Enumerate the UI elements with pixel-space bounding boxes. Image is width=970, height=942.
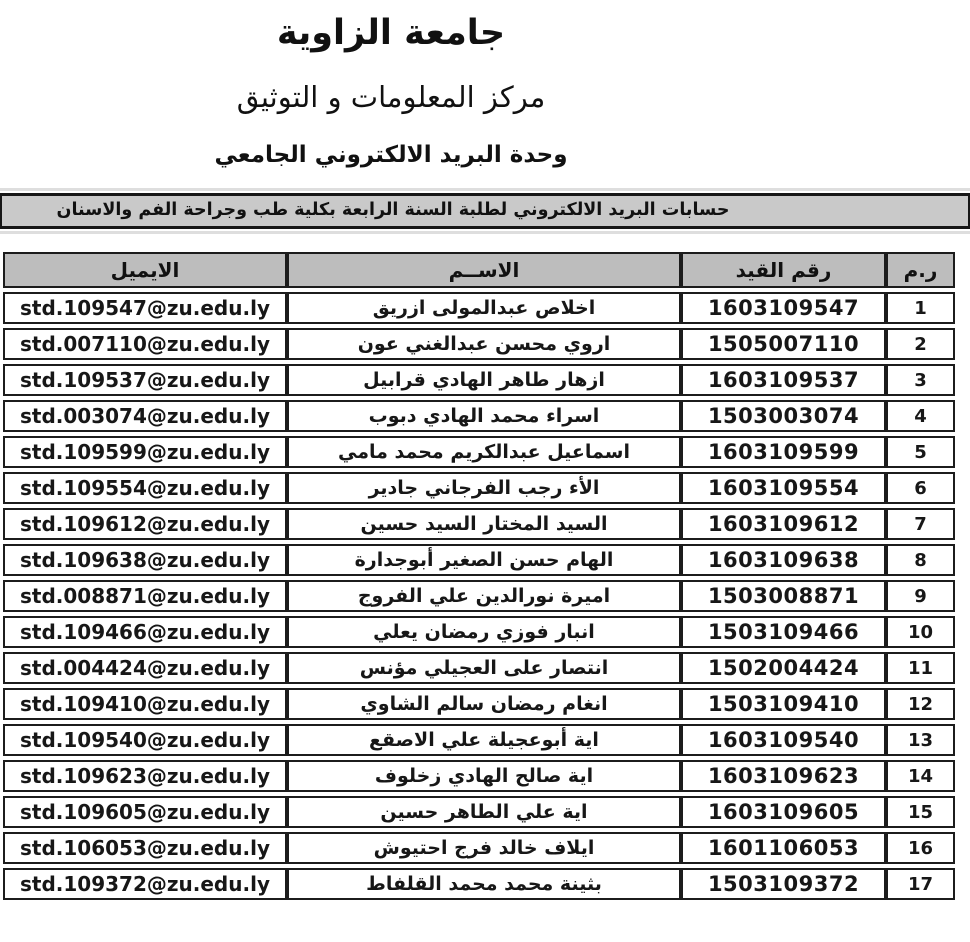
serial-number-cell: 9 [886, 580, 955, 612]
table-row: 4 1503003074 اسراء محمد الهادي دبوب std.… [3, 400, 955, 432]
table-row: 7 1603109612 السيد المختار السيد حسين st… [3, 508, 955, 540]
student-email-cell: std.003074@zu.edu.ly [3, 400, 287, 432]
table-row: 8 1603109638 الهام حسن الصغير أبوجدارة s… [3, 544, 955, 576]
registration-number-cell: 1603109612 [681, 508, 886, 540]
registration-number-cell: 1603109554 [681, 472, 886, 504]
document-page: جامعة الزاوية مركز المعلومات و التوثيق و… [0, 0, 970, 942]
serial-number-cell: 4 [886, 400, 955, 432]
registration-number-cell: 1503109372 [681, 868, 886, 900]
student-email-cell: std.106053@zu.edu.ly [3, 832, 287, 864]
serial-number-cell: 6 [886, 472, 955, 504]
unit-title: وحدة البريد الالكتروني الجامعي [0, 142, 782, 170]
section-banner-bar: حسابات البريد الالكتروني لطلبة السنة الر… [0, 193, 970, 229]
student-email-cell: std.109599@zu.edu.ly [3, 436, 287, 468]
serial-number-cell: 17 [886, 868, 955, 900]
student-email-cell: std.109605@zu.edu.ly [3, 796, 287, 828]
table-header-row: ر.م رقم القيد الاســم الايميل [3, 252, 955, 288]
table-row: 1 1603109547 اخلاص عبدالمولى ازريق std.1… [3, 292, 955, 324]
serial-number-cell: 10 [886, 616, 955, 648]
table-body: 1 1603109547 اخلاص عبدالمولى ازريق std.1… [3, 292, 955, 900]
serial-number-cell: 14 [886, 760, 955, 792]
student-name-cell: ازهار طاهر الهادي قرابيل [287, 364, 681, 396]
student-name-cell: انتصار على العجيلي مؤنس [287, 652, 681, 684]
column-header-name: الاســم [287, 252, 681, 288]
table-row: 10 1503109466 انبار فوزي رمضان يعلي std.… [3, 616, 955, 648]
student-name-cell: اروي محسن عبدالغني عون [287, 328, 681, 360]
table-row: 13 1603109540 اية أبوعجيلة علي الاصقع st… [3, 724, 955, 756]
serial-number-cell: 1 [886, 292, 955, 324]
table-row: 5 1603109599 اسماعيل عبدالكريم محمد مامي… [3, 436, 955, 468]
student-name-cell: السيد المختار السيد حسين [287, 508, 681, 540]
student-name-cell: انغام رمضان سالم الشاوي [287, 688, 681, 720]
center-title: مركز المعلومات و التوثيق [0, 80, 782, 115]
serial-number-cell: 7 [886, 508, 955, 540]
banner-title: حسابات البريد الالكتروني لطلبة السنة الر… [2, 200, 784, 220]
student-name-cell: اية علي الطاهر حسين [287, 796, 681, 828]
registration-number-cell: 1503003074 [681, 400, 886, 432]
table-row: 14 1603109623 اية صالح الهادي زخلوف std.… [3, 760, 955, 792]
student-name-cell: انبار فوزي رمضان يعلي [287, 616, 681, 648]
registration-number-cell: 1503109466 [681, 616, 886, 648]
university-title: جامعة الزاوية [0, 12, 782, 56]
student-email-cell: std.109612@zu.edu.ly [3, 508, 287, 540]
students-email-table: ر.م رقم القيد الاســم الايميل 1 16031095… [3, 248, 955, 904]
registration-number-cell: 1502004424 [681, 652, 886, 684]
table-row: 11 1502004424 انتصار على العجيلي مؤنس st… [3, 652, 955, 684]
student-name-cell: الهام حسن الصغير أبوجدارة [287, 544, 681, 576]
registration-number-cell: 1503109410 [681, 688, 886, 720]
student-email-cell: std.109547@zu.edu.ly [3, 292, 287, 324]
student-name-cell: اسماعيل عبدالكريم محمد مامي [287, 436, 681, 468]
document-header: جامعة الزاوية مركز المعلومات و التوثيق و… [0, 0, 970, 169]
student-name-cell: بثينة محمد محمد القلفاط [287, 868, 681, 900]
registration-number-cell: 1603109605 [681, 796, 886, 828]
student-email-cell: std.109540@zu.edu.ly [3, 724, 287, 756]
table-row: 3 1603109537 ازهار طاهر الهادي قرابيل st… [3, 364, 955, 396]
student-name-cell: الأء رجب الفرجاني جادير [287, 472, 681, 504]
student-name-cell: ايلاف خالد فرج احتيوش [287, 832, 681, 864]
column-header-email: الايميل [3, 252, 287, 288]
registration-number-cell: 1603109623 [681, 760, 886, 792]
serial-number-cell: 11 [886, 652, 955, 684]
table-row: 16 1601106053 ايلاف خالد فرج احتيوش std.… [3, 832, 955, 864]
serial-number-cell: 8 [886, 544, 955, 576]
student-name-cell: اية أبوعجيلة علي الاصقع [287, 724, 681, 756]
table-row: 12 1503109410 انغام رمضان سالم الشاوي st… [3, 688, 955, 720]
table-row: 6 1603109554 الأء رجب الفرجاني جادير std… [3, 472, 955, 504]
student-email-cell: std.109410@zu.edu.ly [3, 688, 287, 720]
column-header-registration-number: رقم القيد [681, 252, 886, 288]
student-email-cell: std.109372@zu.edu.ly [3, 868, 287, 900]
serial-number-cell: 15 [886, 796, 955, 828]
serial-number-cell: 2 [886, 328, 955, 360]
serial-number-cell: 3 [886, 364, 955, 396]
registration-number-cell: 1601106053 [681, 832, 886, 864]
serial-number-cell: 5 [886, 436, 955, 468]
column-header-serial: ر.م [886, 252, 955, 288]
registration-number-cell: 1603109537 [681, 364, 886, 396]
student-email-cell: std.004424@zu.edu.ly [3, 652, 287, 684]
student-email-cell: std.008871@zu.edu.ly [3, 580, 287, 612]
serial-number-cell: 12 [886, 688, 955, 720]
serial-number-cell: 13 [886, 724, 955, 756]
table-row: 9 1503008871 اميرة نورالدين علي الفروج s… [3, 580, 955, 612]
registration-number-cell: 1603109599 [681, 436, 886, 468]
section-banner: حسابات البريد الالكتروني لطلبة السنة الر… [0, 188, 970, 234]
serial-number-cell: 16 [886, 832, 955, 864]
registration-number-cell: 1603109638 [681, 544, 886, 576]
student-email-cell: std.109554@zu.edu.ly [3, 472, 287, 504]
student-email-cell: std.007110@zu.edu.ly [3, 328, 287, 360]
registration-number-cell: 1603109547 [681, 292, 886, 324]
registration-number-cell: 1603109540 [681, 724, 886, 756]
student-email-cell: std.109537@zu.edu.ly [3, 364, 287, 396]
registration-number-cell: 1505007110 [681, 328, 886, 360]
student-name-cell: اسراء محمد الهادي دبوب [287, 400, 681, 432]
registration-number-cell: 1503008871 [681, 580, 886, 612]
student-email-cell: std.109466@zu.edu.ly [3, 616, 287, 648]
student-name-cell: اية صالح الهادي زخلوف [287, 760, 681, 792]
student-email-cell: std.109623@zu.edu.ly [3, 760, 287, 792]
table-row: 2 1505007110 اروي محسن عبدالغني عون std.… [3, 328, 955, 360]
student-name-cell: اخلاص عبدالمولى ازريق [287, 292, 681, 324]
student-name-cell: اميرة نورالدين علي الفروج [287, 580, 681, 612]
student-email-cell: std.109638@zu.edu.ly [3, 544, 287, 576]
table-row: 15 1603109605 اية علي الطاهر حسين std.10… [3, 796, 955, 828]
table-row: 17 1503109372 بثينة محمد محمد القلفاط st… [3, 868, 955, 900]
